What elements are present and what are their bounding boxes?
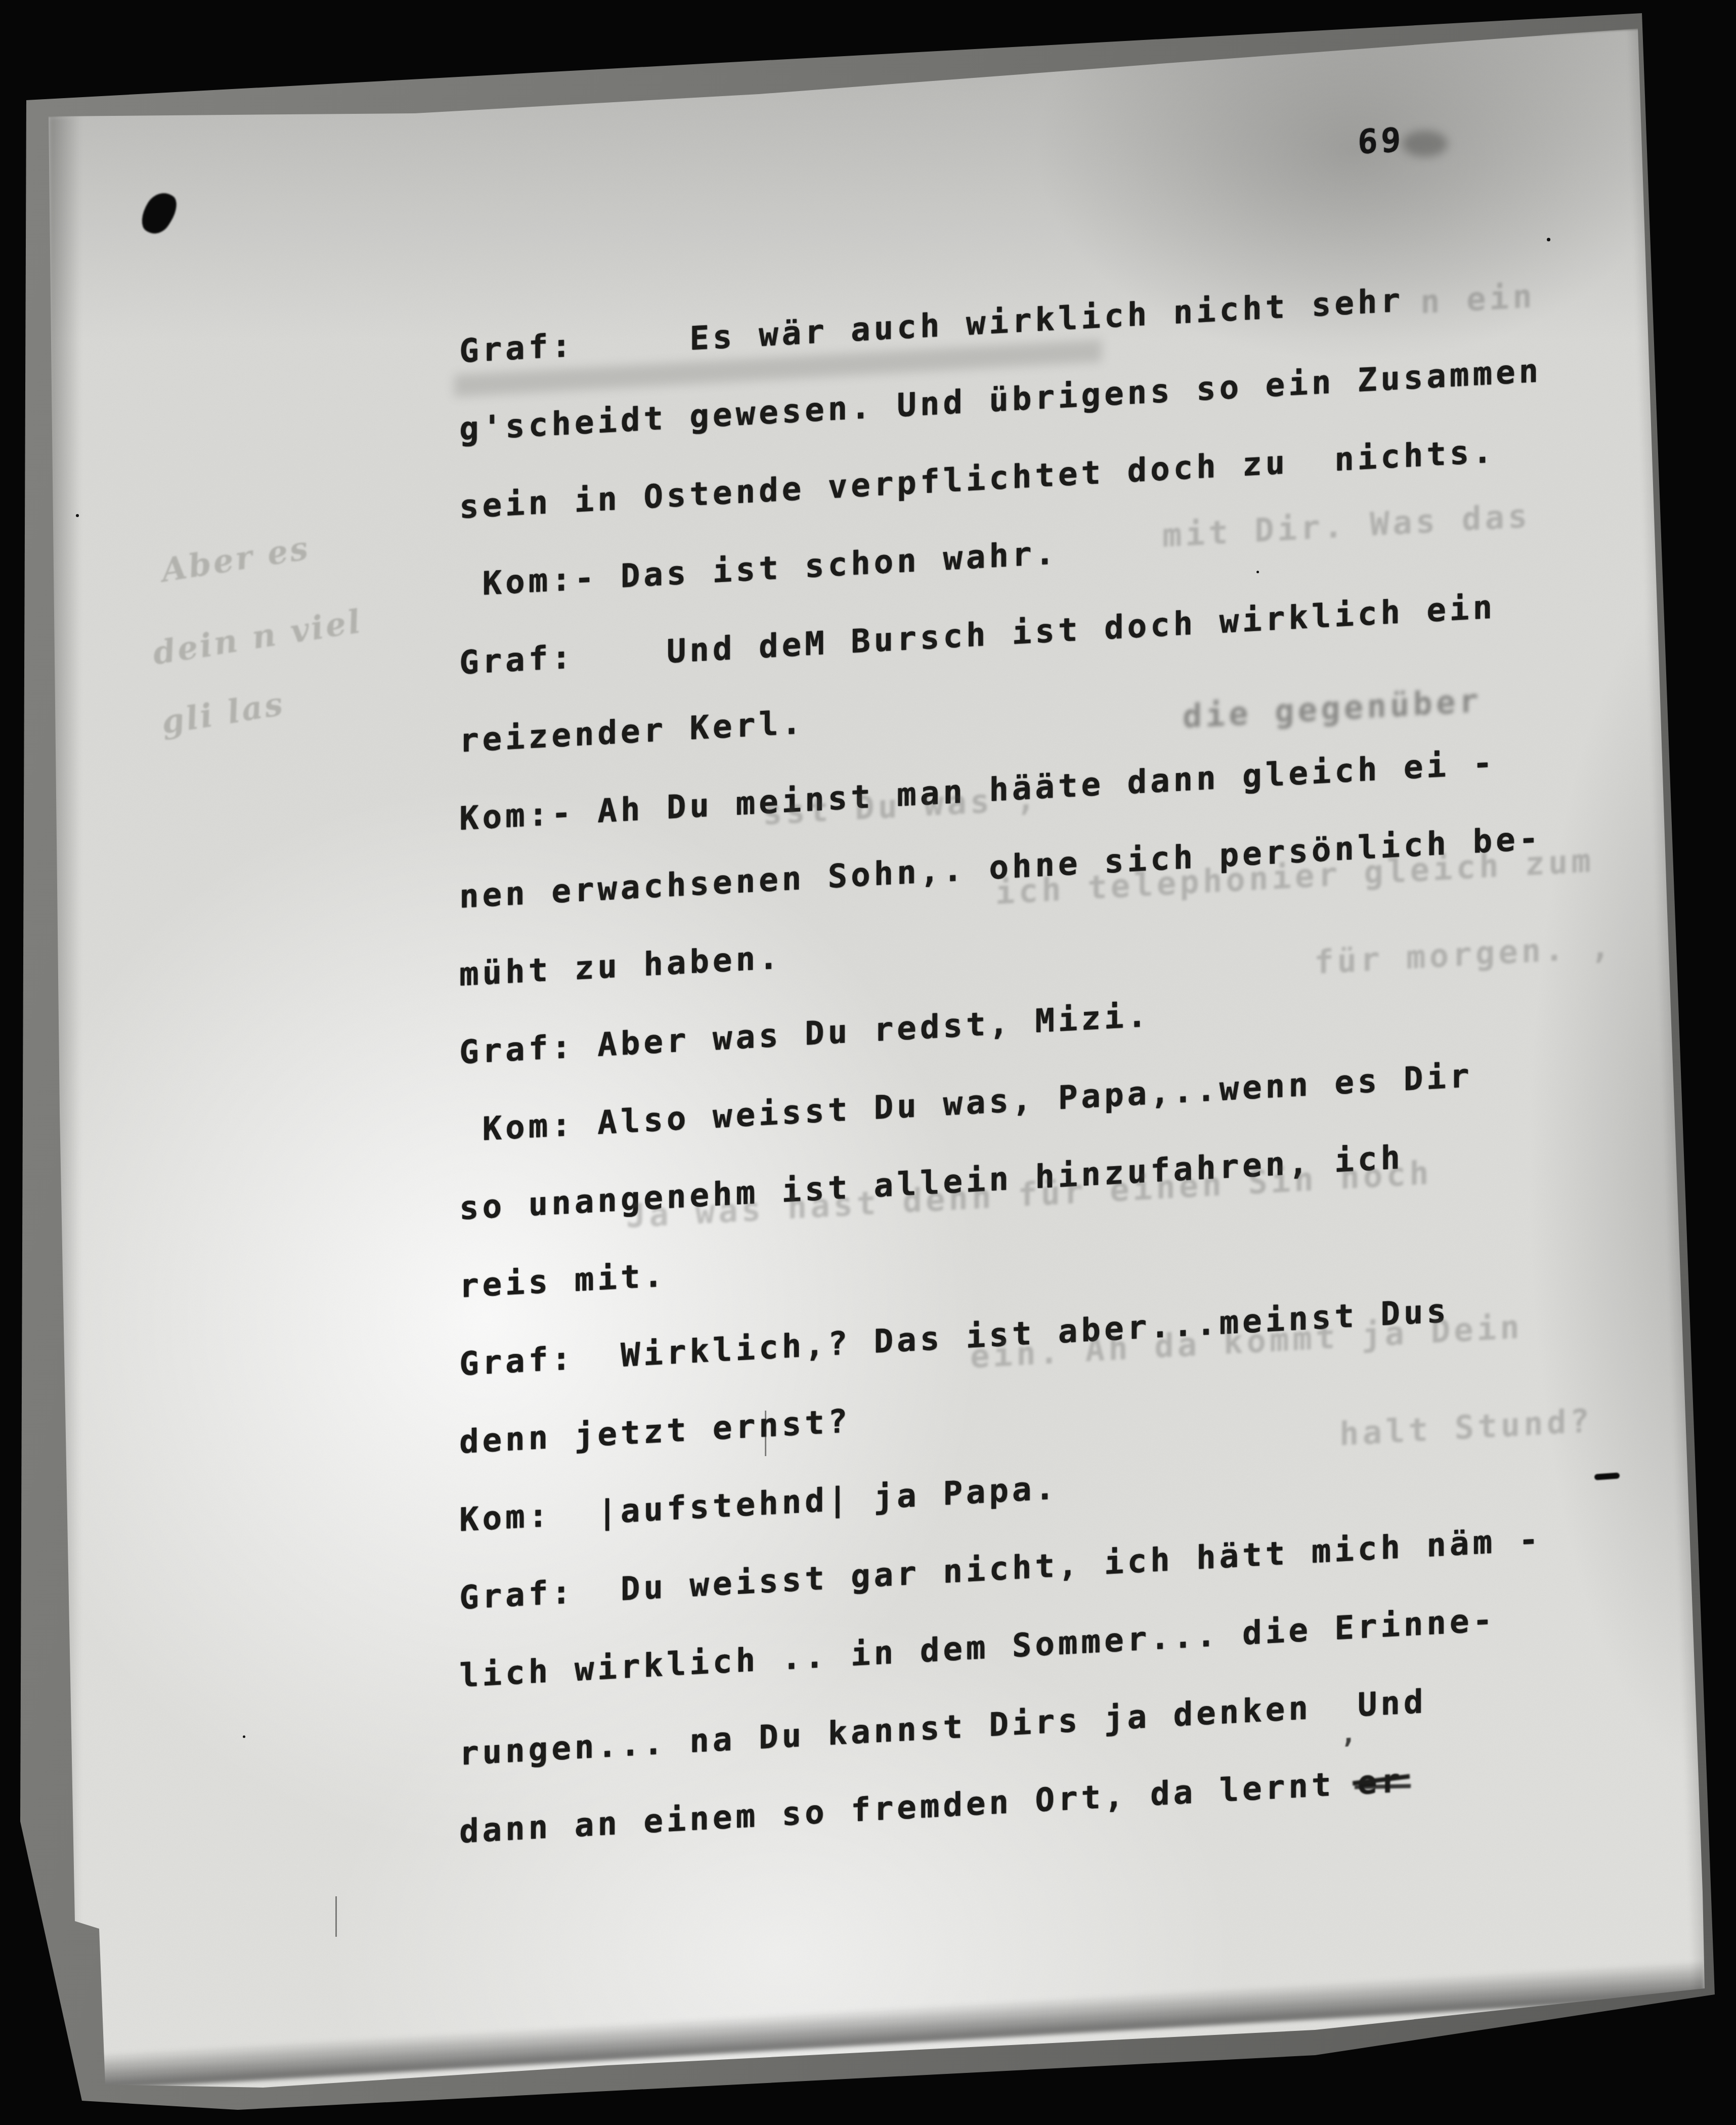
- ghost-bleedthrough: ʼ: [1339, 1731, 1360, 1768]
- ink-speck: [1547, 238, 1550, 241]
- photographed-document: 69 Graf: Es wär auch wirklich nicht sehr…: [0, 0, 1736, 2125]
- page-right-edge-shadow: [1626, 27, 1736, 1995]
- pencil-marginalia: gli las: [159, 685, 287, 741]
- ink-speck: [243, 1735, 245, 1738]
- typescript-line: Graf: Und deM Bursch ist doch wirklich e…: [459, 589, 1496, 681]
- ink-vline: [335, 1896, 337, 1937]
- ghost-bleedthrough: mit Dir. Was das: [1162, 498, 1531, 554]
- typescript-line: reizender Kerl.: [459, 705, 805, 759]
- ink-speck: [1256, 571, 1259, 573]
- typescript-line: dann an einem so fremden Ort, da lernt e…: [459, 1763, 1404, 1850]
- ink-blob: [135, 187, 183, 239]
- ink-vline: [765, 1411, 766, 1456]
- ink-speck: [76, 514, 79, 517]
- ghost-bleedthrough: n ein: [1420, 279, 1536, 320]
- typescript-line: Graf: Du weisst gar nicht, ich hätt mich…: [459, 1522, 1542, 1616]
- typescript-line: denn jetzt ernst?: [459, 1404, 851, 1460]
- page-number: 69: [1358, 120, 1404, 162]
- typescript-page: 69 Graf: Es wär auch wirklich nicht sehr…: [0, 0, 1736, 2125]
- struck-out-word: er: [1358, 1763, 1404, 1801]
- pencil-marginalia: Aber es: [159, 529, 313, 589]
- ink-speck: [1024, 1650, 1026, 1653]
- typescript-line: Graf: Aber was Du redst, Mizi.: [459, 998, 1150, 1071]
- typescript-line: reis mit.: [459, 1258, 667, 1304]
- ghost-bleedthrough: die gegenüber: [1183, 683, 1482, 735]
- typescript-line: müht zu haben.: [459, 940, 782, 993]
- typescript-line: rungen... na Du kannst Dirs ja denken Un…: [459, 1684, 1426, 1772]
- typescript-line: Kom: Also weisst Du was, Papa,..wenn es …: [459, 1058, 1472, 1149]
- ghost-bleedthrough: halt Stund?: [1339, 1404, 1593, 1453]
- typed-text: Graf: Es wär auch wirklich nicht sehrg's…: [459, 271, 1623, 1902]
- typescript-line: lich wirklich .. in dem Sommer... die Er…: [459, 1602, 1496, 1694]
- ghost-bleedthrough: für morgen. ,: [1314, 929, 1614, 981]
- typescript-line: Kom: |aufstehnd| ja Papa.: [459, 1470, 1058, 1538]
- page-number-smudge: [1402, 131, 1448, 157]
- typescript-line: Kom:- Das ist schon wahr.: [459, 535, 1058, 603]
- pencil-marginalia: dein n viel: [150, 602, 365, 672]
